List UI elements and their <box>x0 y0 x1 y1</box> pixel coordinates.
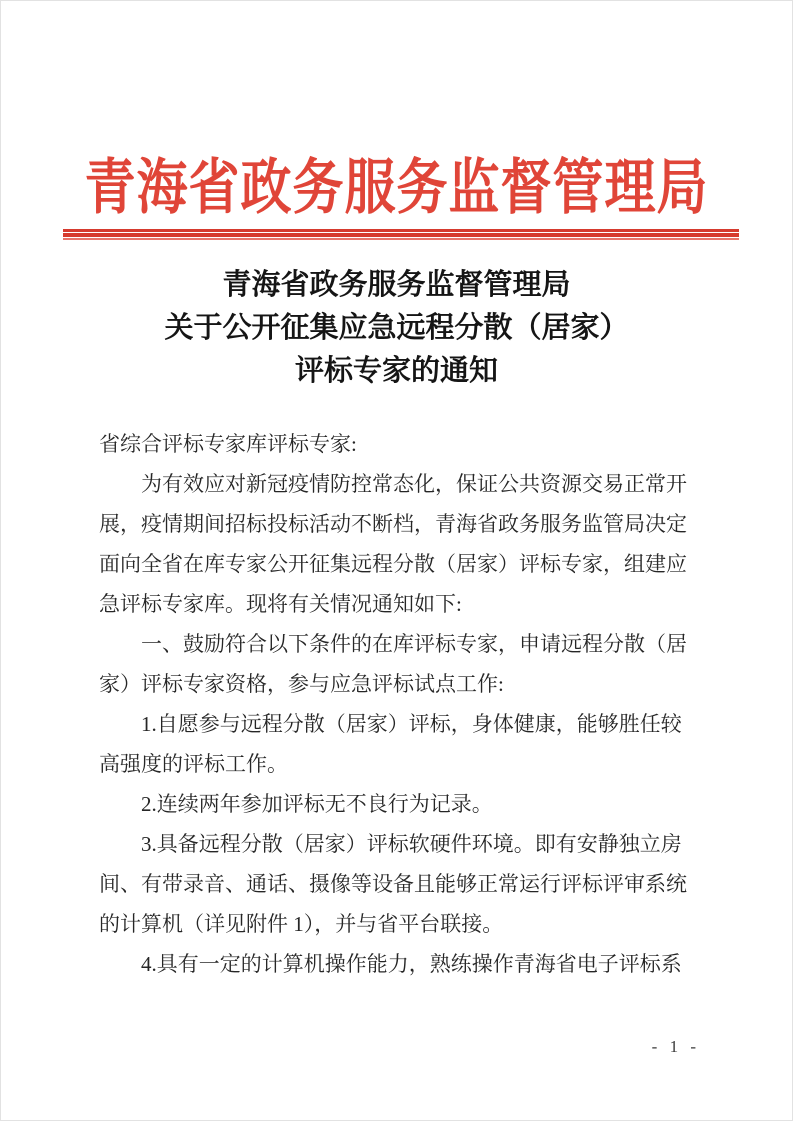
condition-2-paragraph: 2.连续两年参加评标无不良行为记录。 <box>99 784 699 824</box>
title-line-3: 评标专家的通知 <box>1 350 792 393</box>
document-title: 青海省政务服务监督管理局 关于公开征集应急远程分散（居家） 评标专家的通知 <box>1 264 792 393</box>
condition-4-paragraph: 4.具有一定的计算机操作能力，熟练操作青海省电子评标系 <box>99 944 699 984</box>
salutation-line: 省综合评标专家库评标专家: <box>99 424 699 464</box>
body-line: 3.具备远程分散（居家）评标软硬件环境。即有安静独立房 <box>99 824 699 864</box>
title-line-2: 关于公开征集应急远程分散（居家） <box>1 307 792 350</box>
document-body: 省综合评标专家库评标专家: 为有效应对新冠疫情防控常态化，保证公共资源交易正常开… <box>99 424 699 984</box>
body-line: 家）评标专家资格，参与应急评标试点工作: <box>99 664 699 704</box>
salutation-paragraph: 省综合评标专家库评标专家: <box>99 424 699 464</box>
body-line: 1.自愿参与远程分散（居家）评标，身体健康，能够胜任较 <box>99 704 699 744</box>
condition-3-paragraph: 3.具备远程分散（居家）评标软硬件环境。即有安静独立房 间、有带录音、通话、摄像… <box>99 824 699 944</box>
body-line: 为有效应对新冠疫情防控常态化，保证公共资源交易正常开 <box>99 464 699 504</box>
page-number: - 1 - <box>652 1037 700 1057</box>
intro-paragraph: 为有效应对新冠疫情防控常态化，保证公共资源交易正常开 展，疫情期间招标投标活动不… <box>99 464 699 624</box>
body-line: 高强度的评标工作。 <box>99 744 699 784</box>
condition-1-paragraph: 1.自愿参与远程分散（居家）评标，身体健康，能够胜任较 高强度的评标工作。 <box>99 704 699 784</box>
body-line: 2.连续两年参加评标无不良行为记录。 <box>99 784 699 824</box>
body-line: 急评标专家库。现将有关情况通知如下: <box>99 584 699 624</box>
section-1-paragraph: 一、鼓励符合以下条件的在库评标专家，申请远程分散（居 家）评标专家资格，参与应急… <box>99 624 699 704</box>
body-line: 展，疫情期间招标投标活动不断档，青海省政务服务监管局决定 <box>99 504 699 544</box>
document-page: 青海省政务服务监督管理局 青海省政务服务监督管理局 关于公开征集应急远程分散（居… <box>0 0 793 1121</box>
letterhead-org-name: 青海省政务服务监督管理局 <box>1 138 792 225</box>
body-line: 间、有带录音、通话、摄像等设备且能够正常运行评标评审系统 <box>99 864 699 904</box>
letterhead-divider-rule <box>63 229 739 241</box>
body-line: 面向全省在库专家公开征集远程分散（居家）评标专家，组建应 <box>99 544 699 584</box>
title-line-1: 青海省政务服务监督管理局 <box>1 264 792 307</box>
rule-stripe-bottom <box>63 238 739 240</box>
body-line: 一、鼓励符合以下条件的在库评标专家，申请远程分散（居 <box>99 624 699 664</box>
body-line: 的计算机（详见附件 1），并与省平台联接。 <box>99 904 699 944</box>
body-line: 4.具有一定的计算机操作能力，熟练操作青海省电子评标系 <box>99 944 699 984</box>
